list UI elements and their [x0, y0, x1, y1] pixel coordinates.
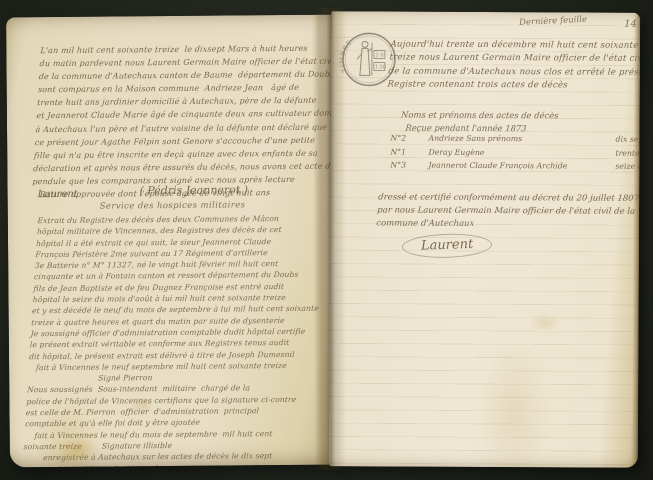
handwritten-line: treize nous Laurent Germain Maire offici… [389, 52, 635, 67]
handwritten-line: de la commune d'Autechaux nous clos et a… [388, 65, 634, 80]
death-act-paragraph: L'an mil huit cent soixante treize le di… [31, 42, 334, 202]
register-left-page: L'an mil huit cent soixante treize le di… [6, 15, 335, 468]
death-record-row: N°3Jeannerot Claude François Archideseiz… [390, 161, 634, 176]
hospital-extract-paragraph: Extrait du Registre des décès des deux C… [22, 213, 335, 468]
section-title: Service des hospices militaires [100, 200, 246, 211]
stamp-value-bottom: 1,50 [375, 64, 386, 70]
register-right-page: Dernière feuille 14 TIMBRE 2 fr 1,50 Auj… [329, 11, 640, 468]
corner-note: Dernière feuille [519, 15, 587, 28]
handwritten-line: commune d'Autechaux [376, 218, 627, 233]
signature-jeannerot: ( Pédris Jeannerot ) [140, 183, 249, 197]
record-date: trente un janvier [615, 148, 640, 157]
death-record-row: N°1Deray Eugènetrente un janvier [390, 147, 634, 162]
record-no: N°1 [390, 147, 406, 156]
records-subheading: Noms et prénoms des actes de décès Reçue… [400, 109, 622, 136]
handwritten-line: Aujourd'hui trente un décembre mil huit … [390, 39, 636, 54]
record-no: N°2 [391, 134, 407, 143]
record-date: dix sept Mars [616, 135, 641, 144]
handwritten-line: Noms et prénoms des actes de décès [401, 109, 622, 123]
death-records-table: N°2Andrieze Sans prénomsdix sept MarsN°1… [390, 134, 634, 176]
page-number: 14 [624, 19, 637, 30]
record-name: Andrieze Sans prénoms [429, 134, 523, 143]
handwritten-line: Registre contenant trois actes de décès [387, 79, 633, 94]
paper-stain [530, 312, 560, 332]
svg-text:TIMBRE: TIMBRE [339, 38, 354, 73]
death-record-row: N°2Andrieze Sans prénomsdix sept Mars [390, 134, 634, 149]
certification-statement: dressé et certifié conformément au décre… [376, 191, 629, 232]
handwritten-line: dressé et certifié conformément au décre… [378, 191, 629, 206]
record-name: Deray Eugène [428, 147, 484, 156]
record-name: Jeannerot Claude François Archide [428, 161, 567, 171]
handwritten-line: par nous Laurent Germain Maire officier … [377, 205, 628, 220]
scanned-register-spread: L'an mil huit cent soixante treize le di… [0, 0, 653, 480]
record-date: seize août [615, 162, 640, 171]
record-no: N°3 [390, 161, 406, 170]
mayor-signature: Laurent [402, 232, 493, 259]
closing-statement: Aujourd'hui trente un décembre mil huit … [387, 39, 636, 94]
page-edge [632, 15, 640, 465]
signature-laurent: Laurent [38, 189, 78, 200]
stamp-value-top: 2 fr [375, 52, 385, 58]
